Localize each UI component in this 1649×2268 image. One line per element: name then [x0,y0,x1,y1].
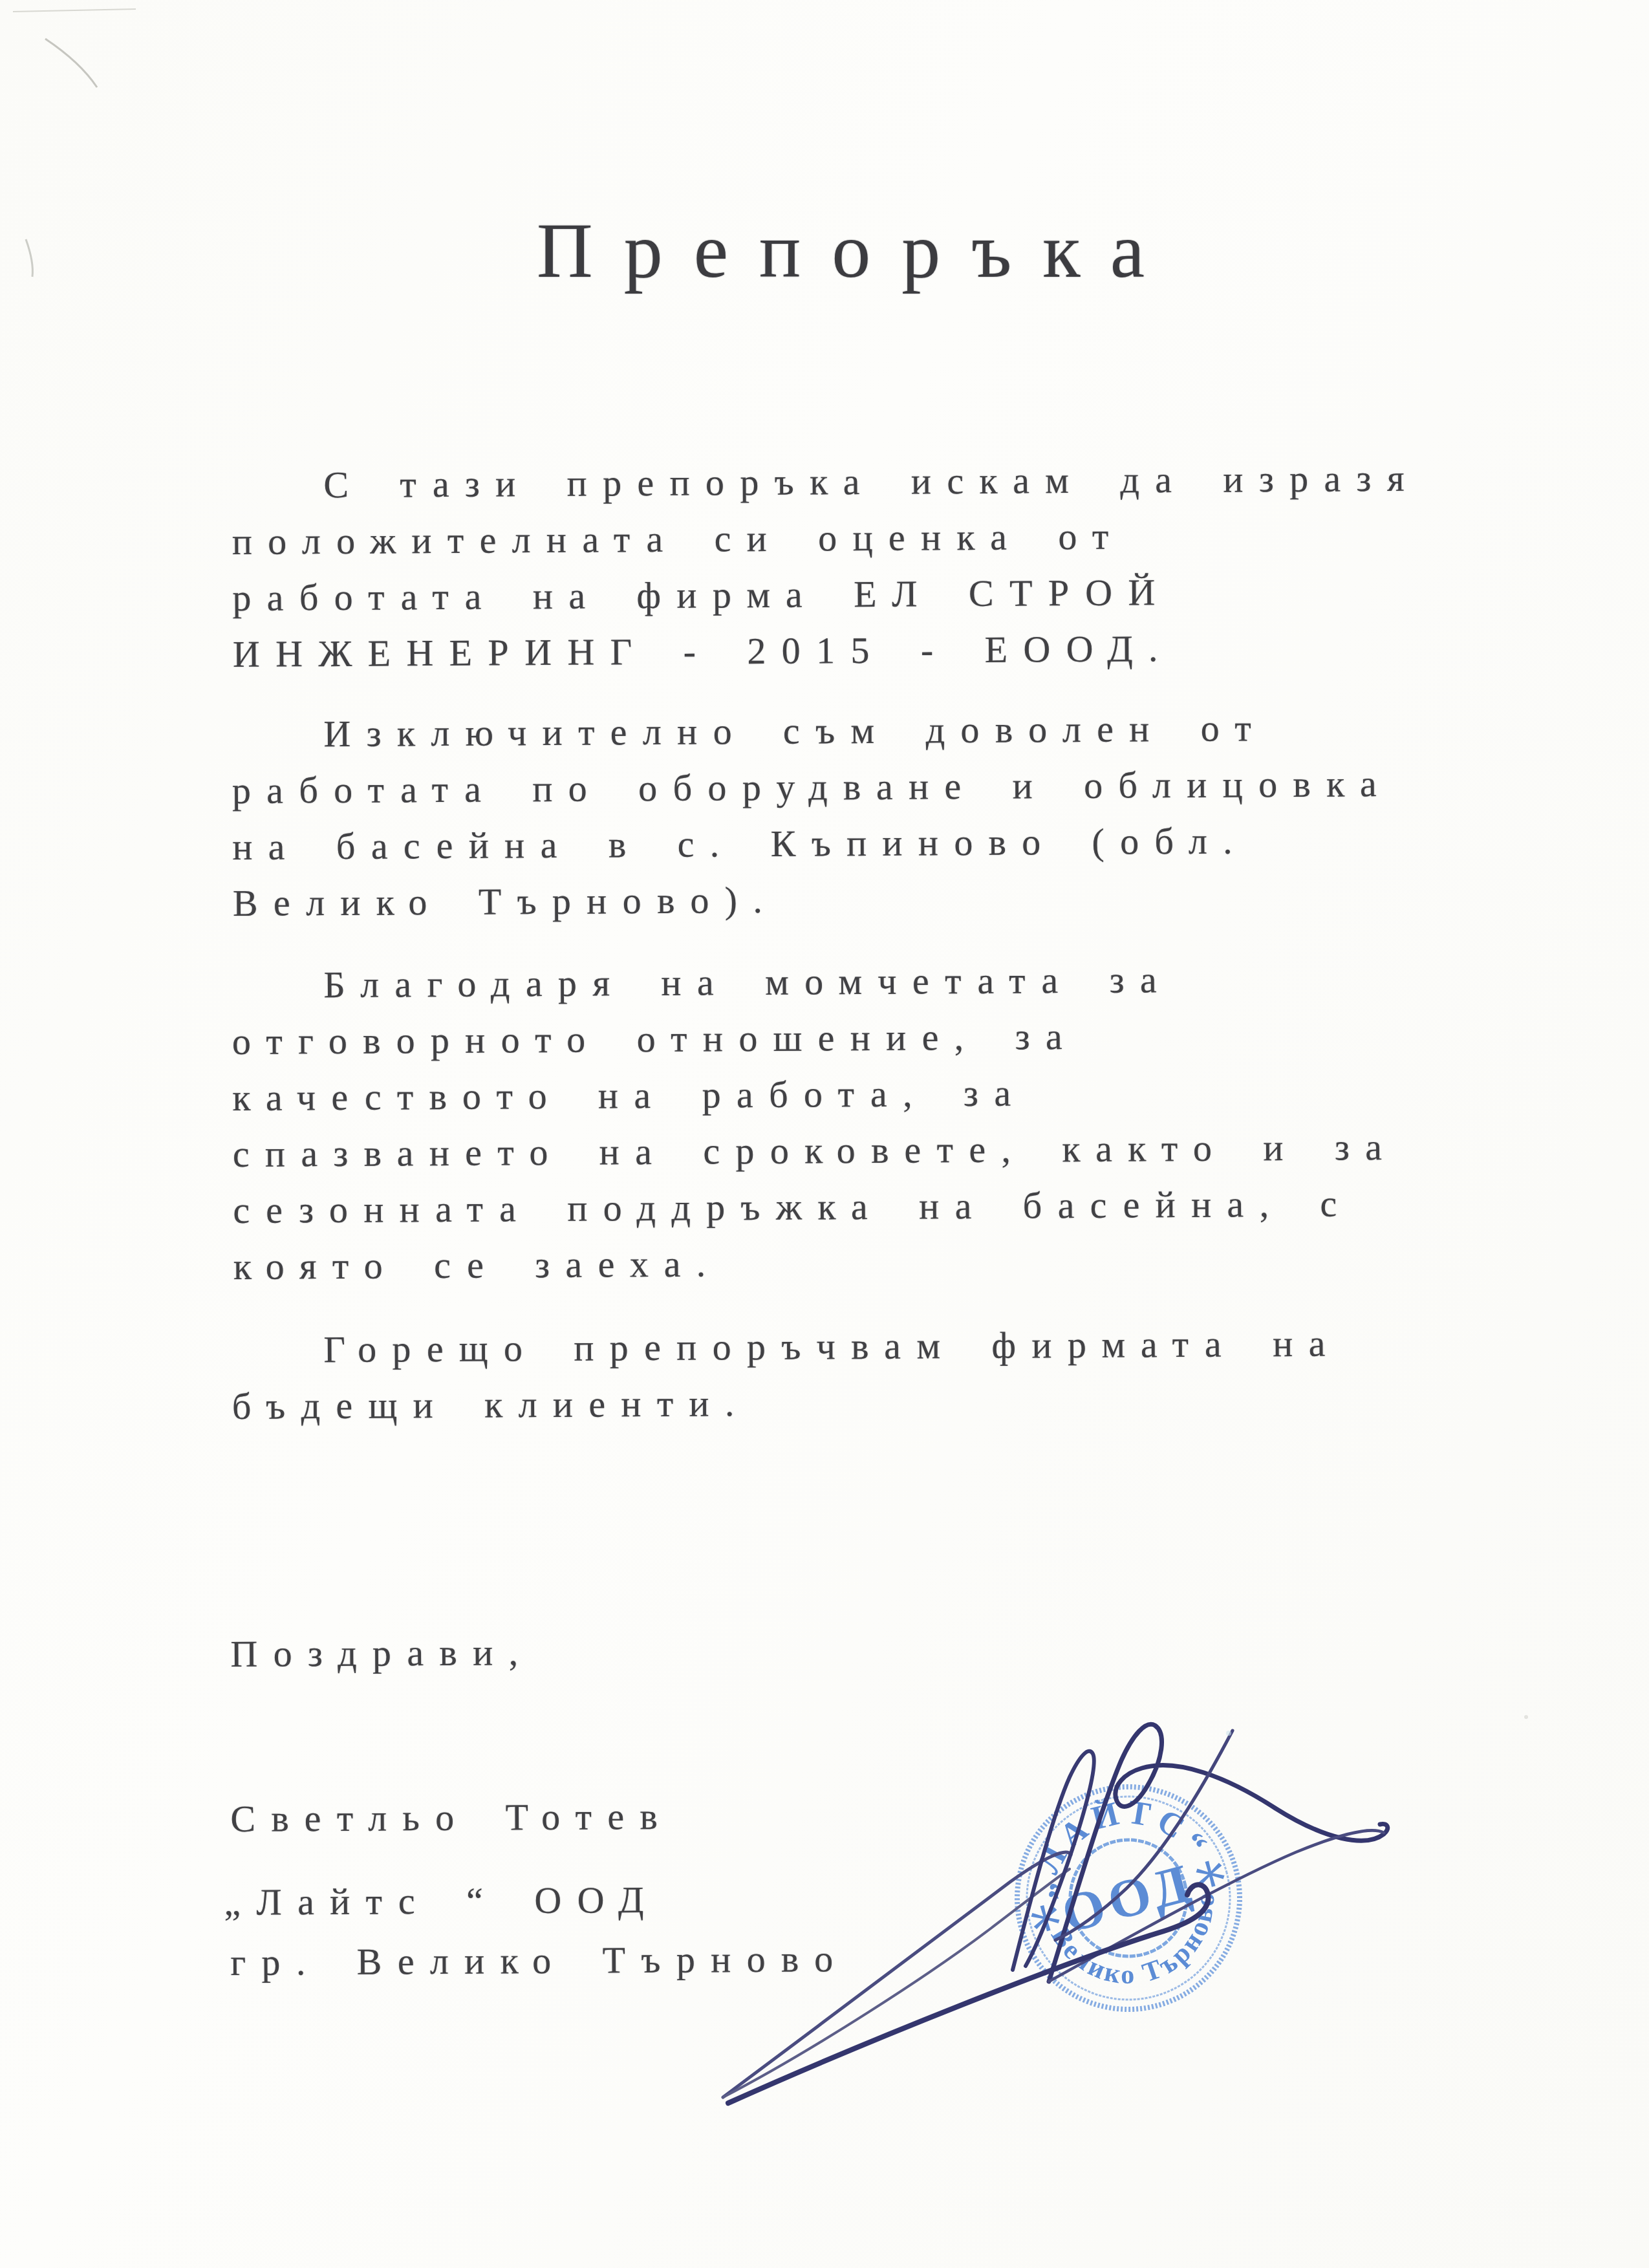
scan-artifact-mark [13,9,136,12]
signature-stroke [1013,1751,1094,1970]
handwritten-signature [679,1701,1423,2141]
scan-artifact-mark [26,239,33,277]
body-paragraph-3: Благодаря на момчетата за отговорното от… [232,949,1566,1295]
body-paragraph-2: Изключително съм доволен от работата по … [232,698,1565,931]
signature-stroke [728,1885,1208,2103]
body-paragraph-1: С тази препоръка искам да изразя положит… [232,449,1565,682]
scan-artifact-mark [1524,1715,1528,1719]
scanned-letter-page: Препоръка С тази препоръка искам да изра… [0,0,1649,2268]
signatory-company: „Лайтс “ ООД [224,1872,660,1930]
body-paragraph-4: Горещо препоръчвам фирмата на бъдещи кли… [232,1313,1564,1434]
signature-stroke [1049,1724,1388,1982]
scan-artifact-mark [45,39,97,87]
letter-title: Препоръка [537,206,1176,296]
closing-line: Поздрави, [230,1624,534,1682]
signatory-name: Светльо Тотев [230,1788,674,1847]
signature-stroke [723,1852,1071,2097]
signature-stroke [1049,1831,1384,1982]
